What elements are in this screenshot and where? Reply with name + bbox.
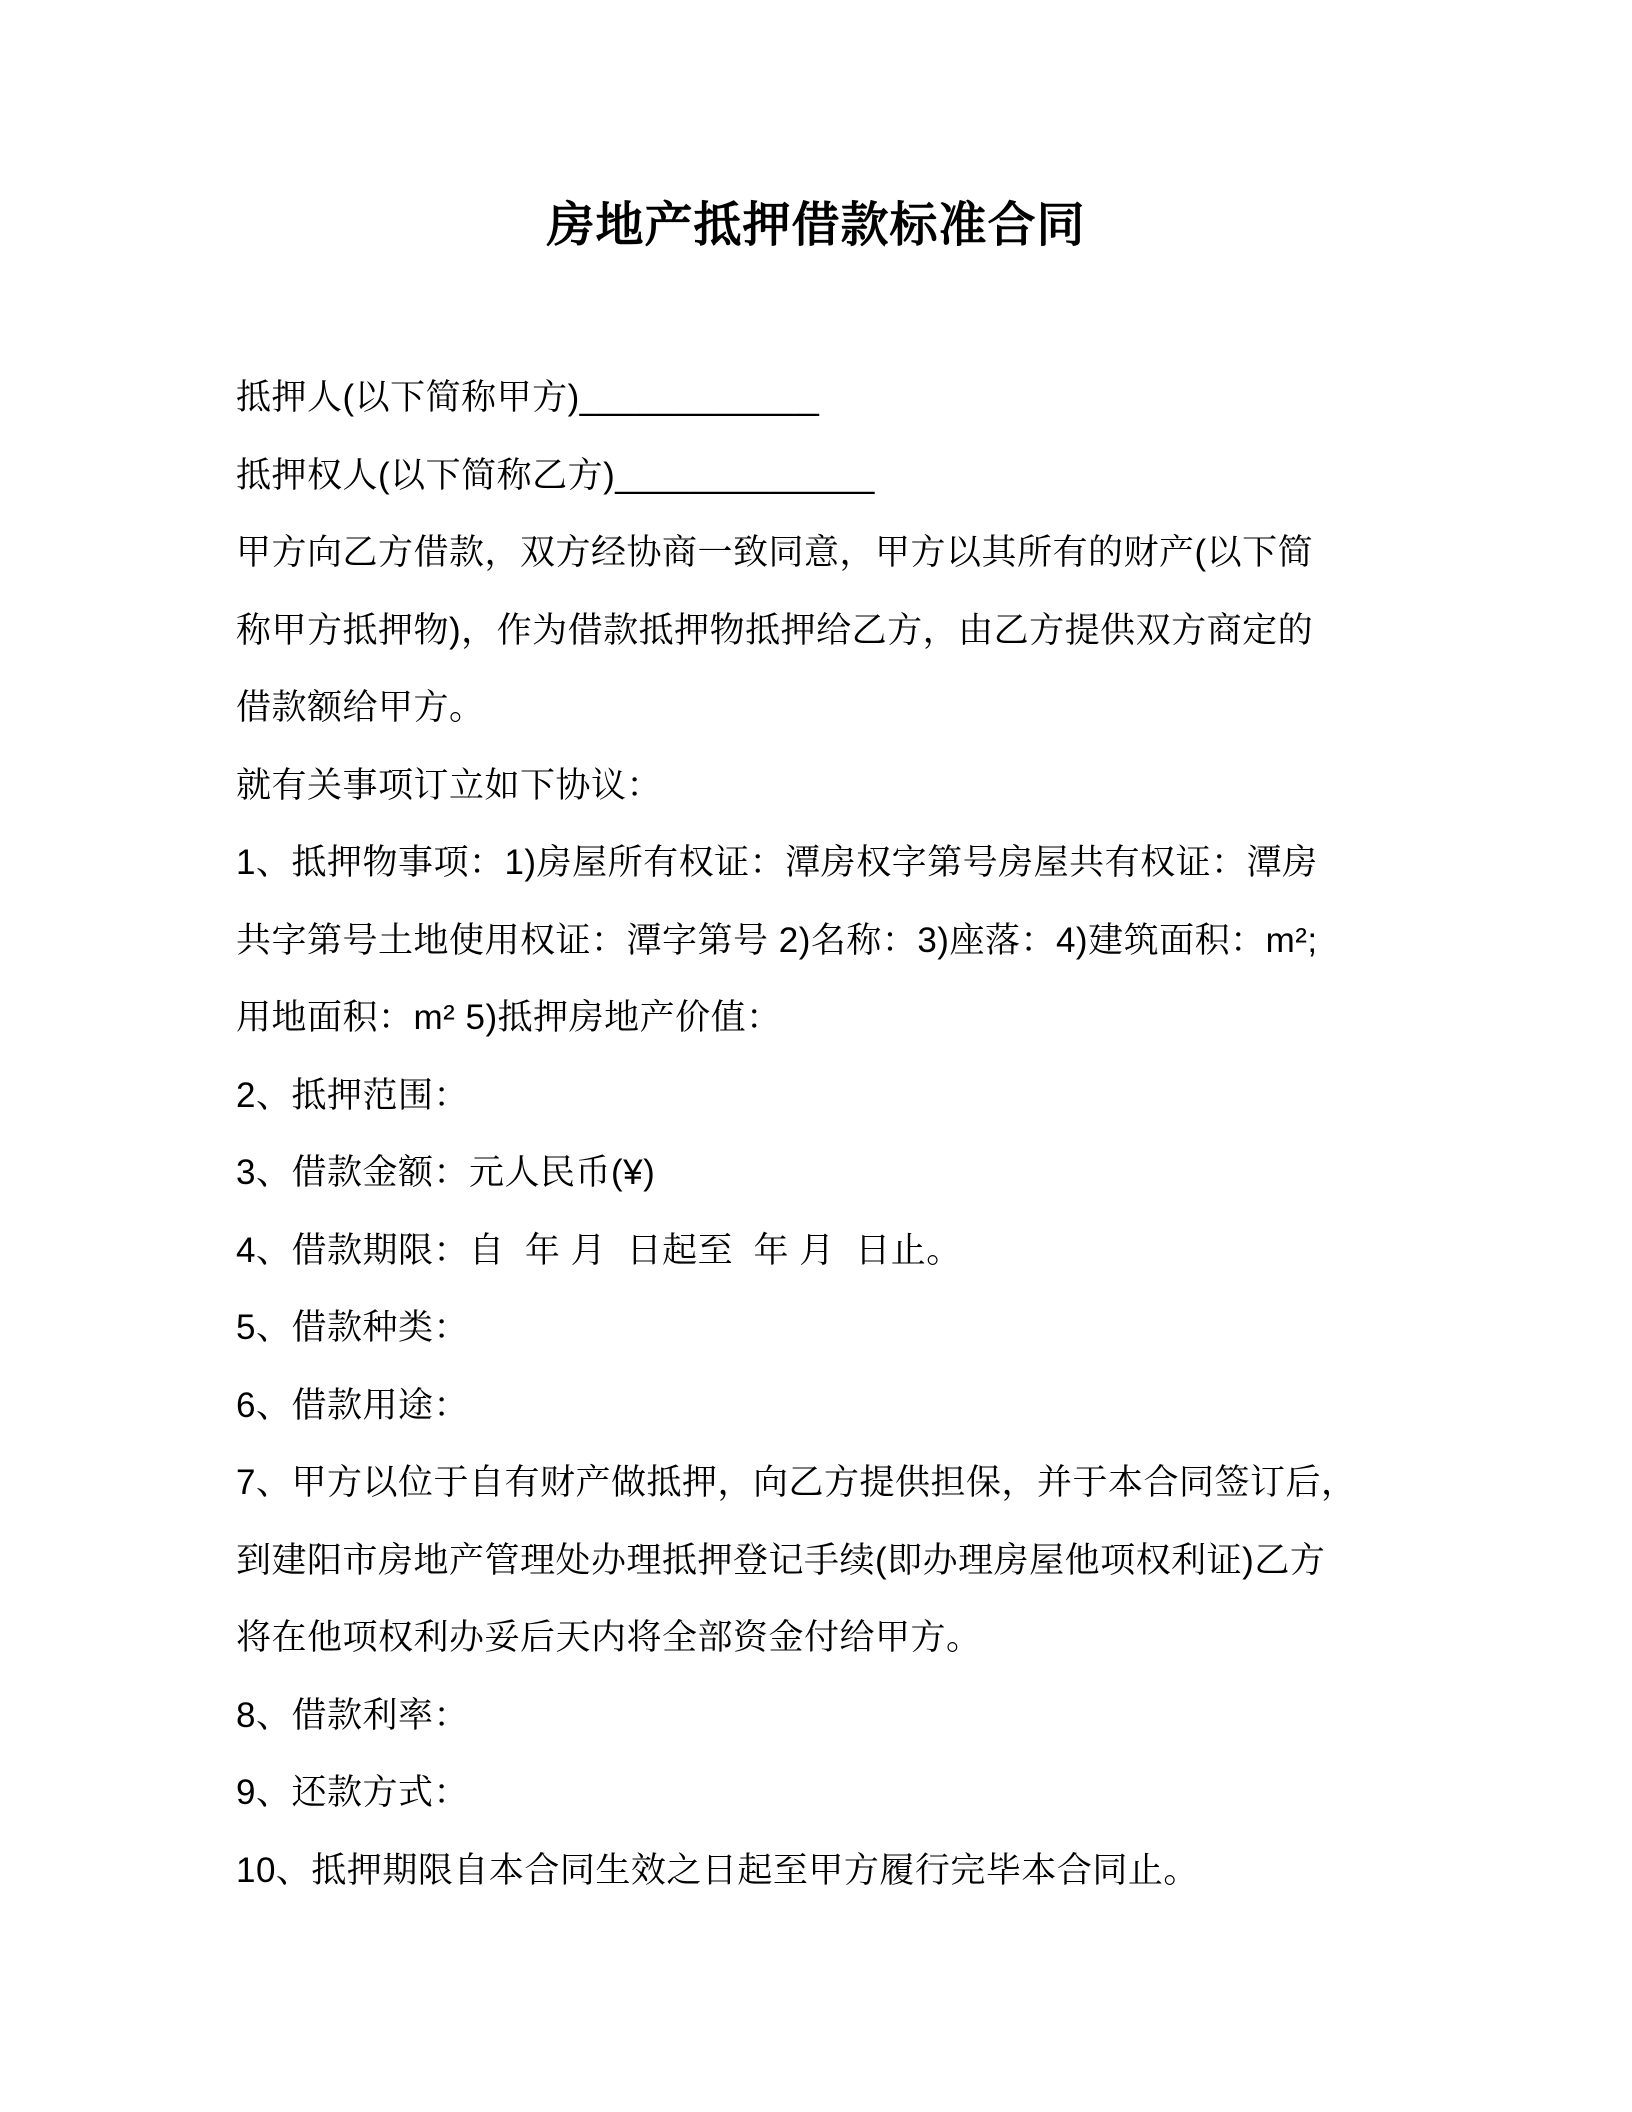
item-3-line: 3、借款金额：元人民币(¥) bbox=[236, 1134, 1472, 1212]
item-1-line-3: 用地面积：m² 5)抵押房地产价值： bbox=[236, 979, 1472, 1057]
preamble-line-3: 借款额给甲方。 bbox=[236, 669, 1472, 747]
item-6-line: 6、借款用途： bbox=[236, 1367, 1472, 1445]
item-8-line: 8、借款利率： bbox=[236, 1677, 1472, 1755]
item-1-line-2: 共字第号土地使用权证：潭字第号 2)名称：3)座落：4)建筑面积：m²; bbox=[236, 902, 1472, 980]
item-7-line-2: 到建阳市房地产管理处办理抵押登记手续(即办理房屋他项权利证)乙方 bbox=[236, 1522, 1472, 1600]
item-2-line: 2、抵押范围： bbox=[236, 1057, 1472, 1135]
contract-body: 抵押人(以下简称甲方)____________ 抵押权人(以下简称乙方)____… bbox=[236, 359, 1472, 1909]
contract-page: 房地产抵押借款标准合同 抵押人(以下简称甲方)____________ 抵押权人… bbox=[0, 0, 1632, 2112]
party-a-line: 抵押人(以下简称甲方)____________ bbox=[236, 359, 1472, 437]
item-4-line: 4、借款期限：自 年 月 日起至 年 月 日止。 bbox=[236, 1212, 1472, 1290]
item-5-line: 5、借款种类： bbox=[236, 1289, 1472, 1367]
item-9-line: 9、还款方式： bbox=[236, 1754, 1472, 1832]
item-10-line: 10、抵押期限自本合同生效之日起至甲方履行完毕本合同止。 bbox=[236, 1832, 1472, 1910]
item-7-line-1: 7、甲方以位于自有财产做抵押，向乙方提供担保，并于本合同签订后， bbox=[236, 1444, 1472, 1522]
item-7-line-3: 将在他项权利办妥后天内将全部资金付给甲方。 bbox=[236, 1599, 1472, 1677]
preamble-line-1: 甲方向乙方借款，双方经协商一致同意，甲方以其所有的财产(以下简 bbox=[236, 514, 1472, 592]
page-title: 房地产抵押借款标准合同 bbox=[0, 0, 1632, 268]
agreement-intro-line: 就有关事项订立如下协议： bbox=[236, 747, 1472, 825]
preamble-line-2: 称甲方抵押物)，作为借款抵押物抵押给乙方，由乙方提供双方商定的 bbox=[236, 592, 1472, 670]
party-b-line: 抵押权人(以下简称乙方)_____________ bbox=[236, 437, 1472, 515]
item-1-line-1: 1、抵押物事项：1)房屋所有权证：潭房权字第号房屋共有权证：潭房 bbox=[236, 824, 1472, 902]
